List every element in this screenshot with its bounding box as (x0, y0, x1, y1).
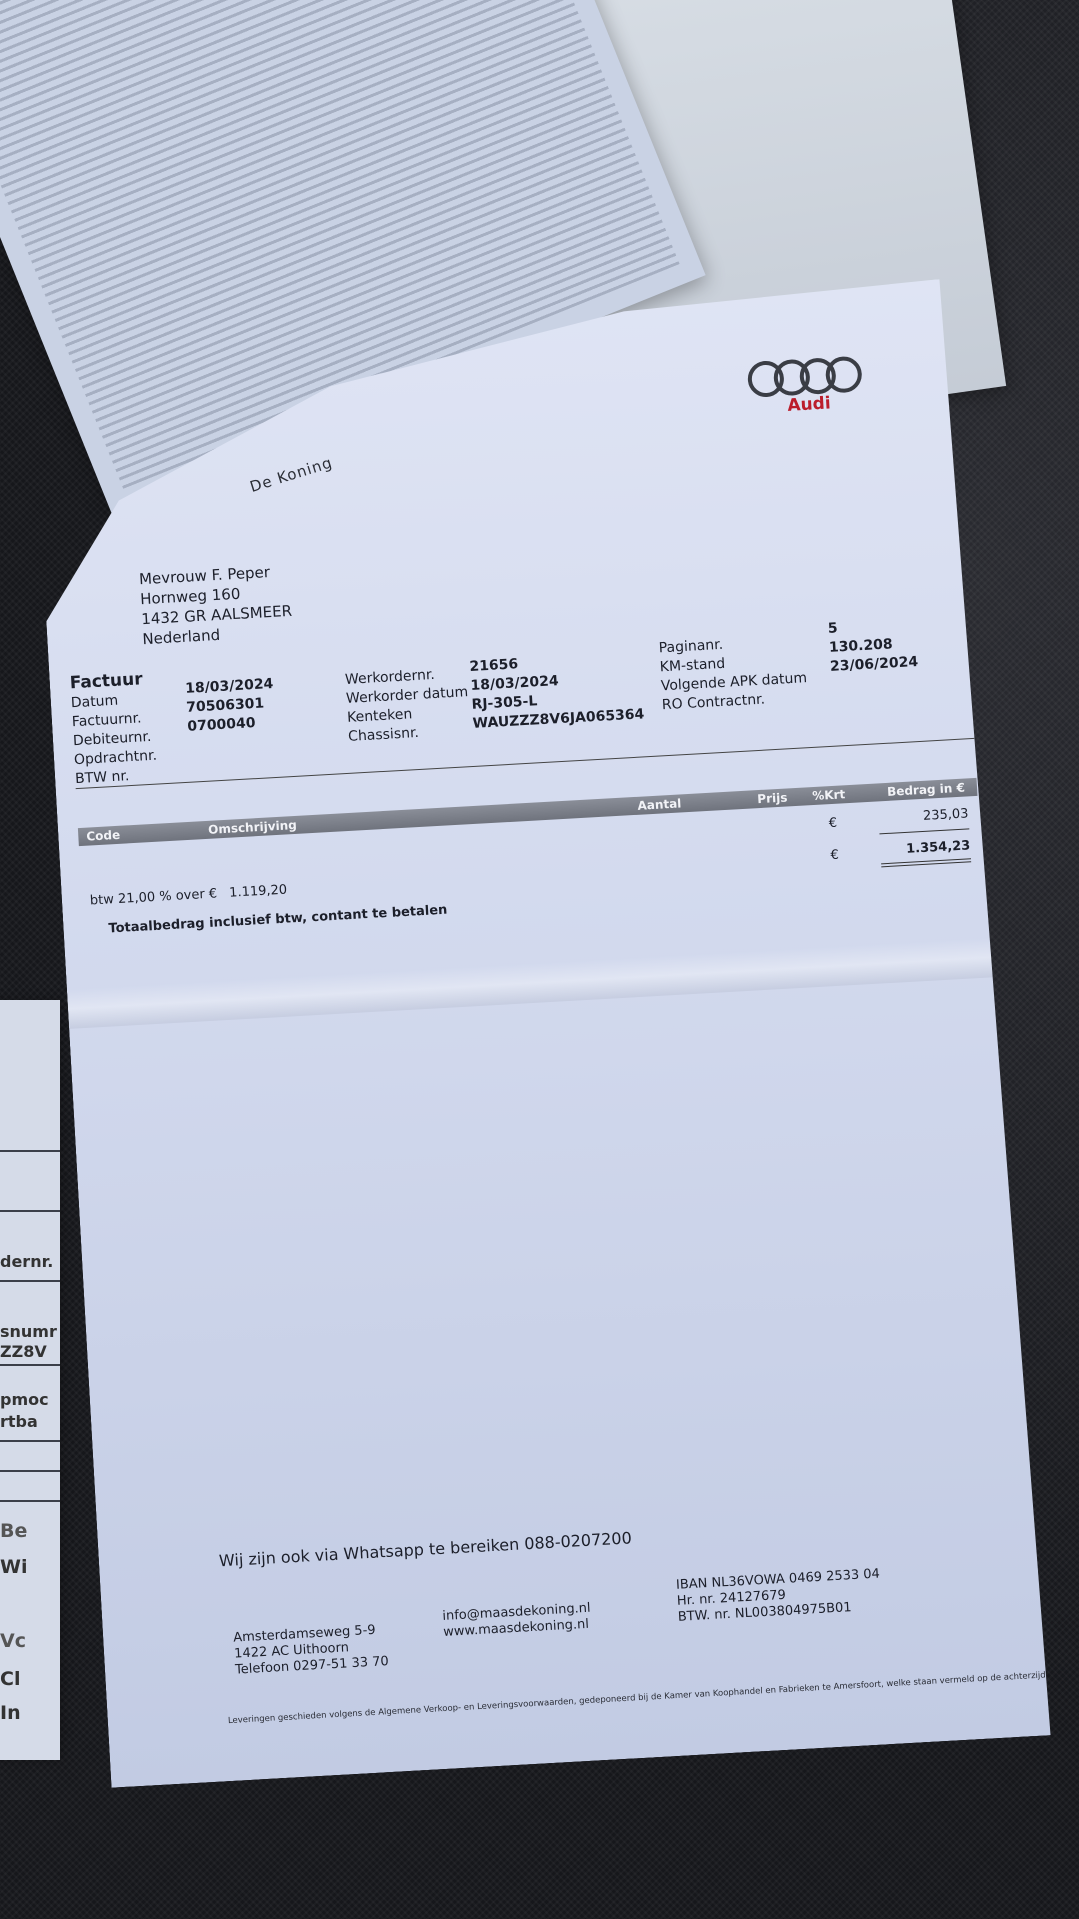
meta-right-values: 5 130.208 23/06/2024 (827, 616, 918, 678)
col-discount: %Krt (812, 787, 846, 803)
vat-base-amount: 1.119,20 (229, 883, 288, 901)
meta-right-labels: Paginanr. KM-stand Volgende APK datum RO… (658, 632, 808, 716)
meta-middle-values: 21656 18/03/2024 RJ-305-L WAUZZZ8V6JA065… (469, 649, 645, 734)
total-label: Totaalbedrag inclusief btw, contant te b… (108, 903, 448, 937)
form-fragment: In (0, 1702, 21, 1724)
footer-bank: IBAN NL36VOWA 0469 2533 04 Hr. nr. 24127… (676, 1567, 882, 1626)
col-amount: Bedrag in € (887, 781, 966, 799)
dealer-name: De Koning (248, 453, 335, 495)
form-line (0, 1210, 60, 1212)
col-price: Prijs (757, 790, 788, 806)
col-quantity: Aantal (637, 796, 682, 812)
invoice-document: Audi De Koning Mevrouw F. Peper Hornweg … (30, 275, 1079, 1788)
footer-contact: info@maasdekoning.nl www.maasdekoning.nl (442, 1601, 592, 1641)
vat-currency: € (828, 816, 837, 831)
next-apk-date: 23/06/2024 (830, 654, 919, 678)
legal-notice: Leveringen geschieden volgens de Algemen… (228, 1666, 1079, 1726)
form-fragment: dernr. (0, 1252, 53, 1271)
whatsapp-note: Wij zijn ook via Whatsapp te bereiken 08… (218, 1528, 632, 1570)
meta-middle-labels: Werkordernr. Werkorder datum Kenteken Ch… (345, 665, 471, 748)
form-fragment: Be (0, 1520, 27, 1542)
total-double-rule (881, 858, 971, 867)
total-currency: € (830, 848, 839, 863)
side-form-sheet: dernr. snumr ZZ8V pmoc rtba Be Wi Vc Cl … (0, 1000, 60, 1760)
subtotal-rule (879, 828, 969, 834)
brand-name: Audi (787, 393, 831, 415)
line-items-header: Code Omschrijving Aantal Prijs %Krt Bedr… (78, 778, 978, 846)
col-code: Code (86, 828, 121, 844)
form-fragment: Vc (0, 1630, 26, 1652)
form-fragment: Wi (0, 1556, 27, 1578)
divider (76, 738, 975, 789)
debtor-number: 0700040 (187, 714, 276, 738)
form-fragment: pmoc (0, 1390, 49, 1409)
vat-line: btw 21,00 % over € 1.119,20 (90, 883, 288, 909)
form-fragment: Cl (0, 1668, 20, 1690)
vat-line-text: btw 21,00 % over € (90, 886, 218, 908)
form-line (0, 1470, 60, 1472)
meta-left-labels: Datum Factuurnr. Debiteurnr. Opdrachtnr.… (70, 689, 185, 790)
form-fragment: ZZ8V (0, 1342, 47, 1361)
form-line (0, 1280, 60, 1282)
form-line (0, 1364, 60, 1366)
meta-left-values: 18/03/2024 70506301 0700040 (185, 676, 276, 738)
form-fragment: snumr (0, 1322, 57, 1341)
form-line (0, 1500, 60, 1502)
vat-amount: 235,03 (878, 806, 969, 826)
form-line (0, 1150, 60, 1152)
footer-address: Amsterdamseweg 5-9 1422 AC Uithoorn Tele… (233, 1622, 389, 1679)
col-description: Omschrijving (208, 818, 297, 837)
form-fragment: rtba (0, 1412, 38, 1431)
recipient-address: Mevrouw F. Peper Hornweg 160 1432 GR AAL… (139, 561, 294, 649)
total-amount: 1.354,23 (880, 838, 971, 858)
paper-fold (67, 934, 1058, 1029)
form-line (0, 1440, 60, 1442)
